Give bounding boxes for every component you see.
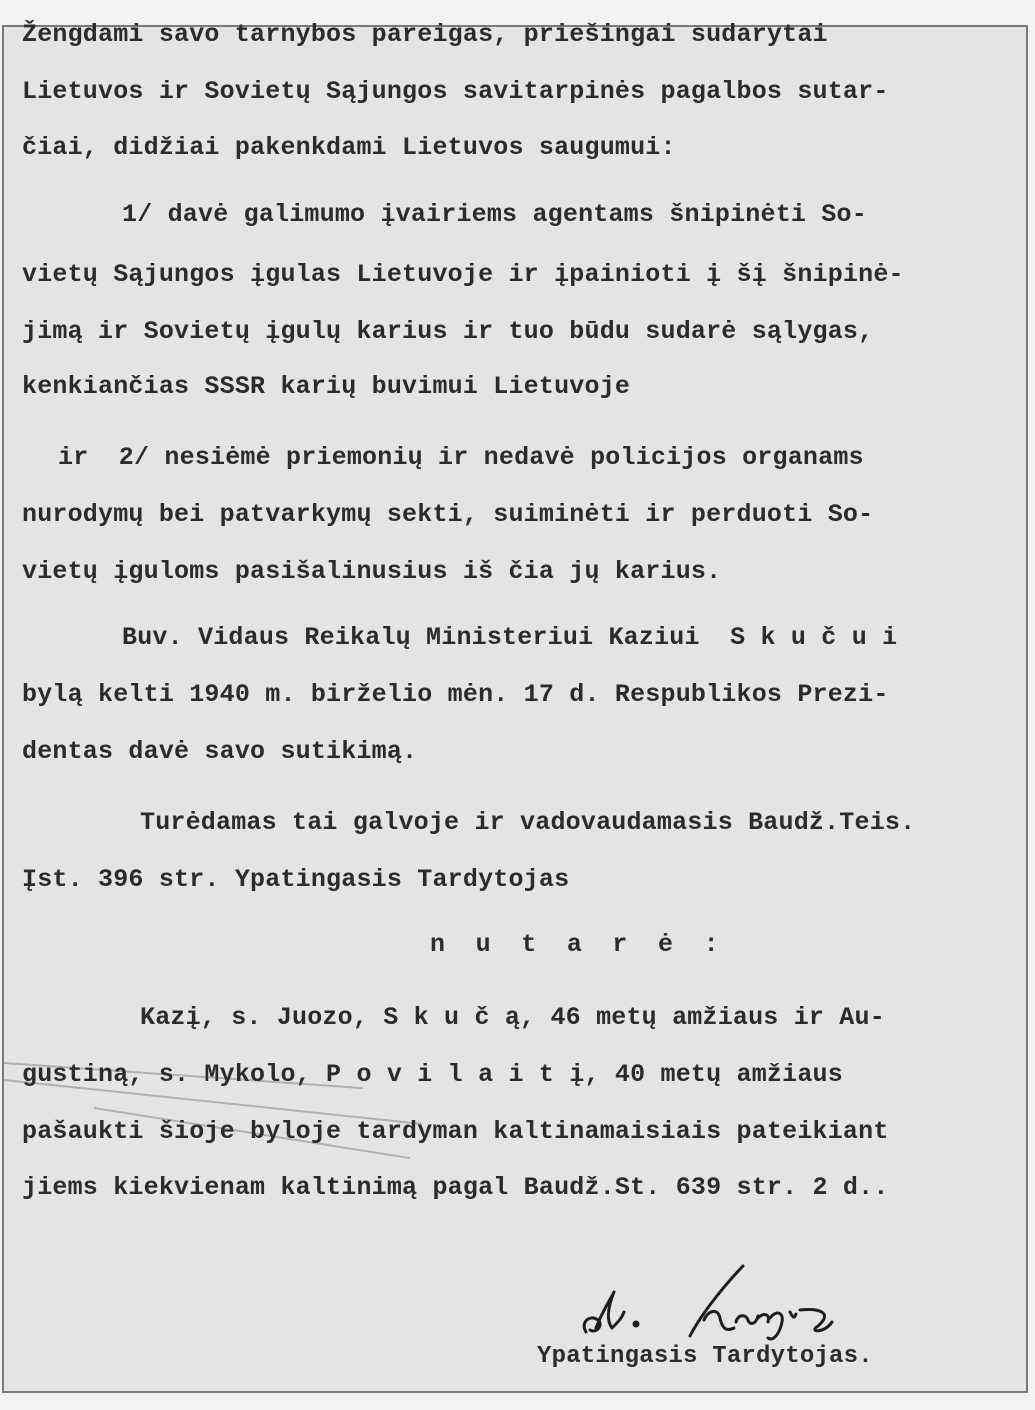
text-line: pašaukti šioje byloje tardyman kaltinama… bbox=[22, 1117, 889, 1147]
text-line: vietų įguloms pasišalinusius iš čia jų k… bbox=[22, 557, 721, 587]
text-line: Įst. 396 str. Ypatingasis Tardytojas bbox=[22, 865, 569, 895]
text-line: nurodymų bei patvarkymų sekti, suiminėti… bbox=[22, 500, 873, 530]
text-line: jimą ir Sovietų įgulų karius ir tuo būdu… bbox=[22, 317, 873, 347]
signature-title: Ypatingasis Tardytojas. bbox=[537, 1342, 873, 1372]
text-line: kenkiančias SSSR karių buvimui Lietuvoje bbox=[22, 372, 630, 402]
text-line: bylą kelti 1940 m. birželio mėn. 17 d. R… bbox=[22, 680, 889, 710]
text-line: vietų Sąjungos įgulas Lietuvoje ir įpain… bbox=[22, 260, 904, 290]
text-line: 1/ davė galimumo įvairiems agentams šnip… bbox=[122, 200, 867, 230]
text-line: Žengdami savo tarnybos pareigas, priešin… bbox=[22, 20, 828, 50]
text-line: Turėdamas tai galvoje ir vadovaudamasis … bbox=[140, 808, 915, 838]
text-line: gustiną, s. Mykolo, P o v i l a i t į, 4… bbox=[22, 1060, 843, 1090]
text-line: dentas davė savo sutikimą. bbox=[22, 737, 417, 767]
text-line: ir 2/ nesiėmė priemonių ir nedavė polici… bbox=[58, 443, 864, 473]
heading-nutare: n u t a r ė : bbox=[430, 930, 719, 960]
text-line: Lietuvos ir Sovietų Sąjungos savitarpinė… bbox=[22, 77, 889, 107]
handwritten-signature bbox=[578, 1262, 878, 1342]
text-line: čiai, didžiai pakenkdami Lietuvos saugum… bbox=[22, 133, 676, 163]
text-line: jiems kiekvienam kaltinimą pagal Baudž.S… bbox=[22, 1173, 889, 1203]
text-line: Buv. Vidaus Reikalų Ministeriui Kaziui S… bbox=[122, 623, 897, 653]
text-line: Kazį, s. Juozo, S k u č ą, 46 metų amžia… bbox=[140, 1003, 885, 1033]
